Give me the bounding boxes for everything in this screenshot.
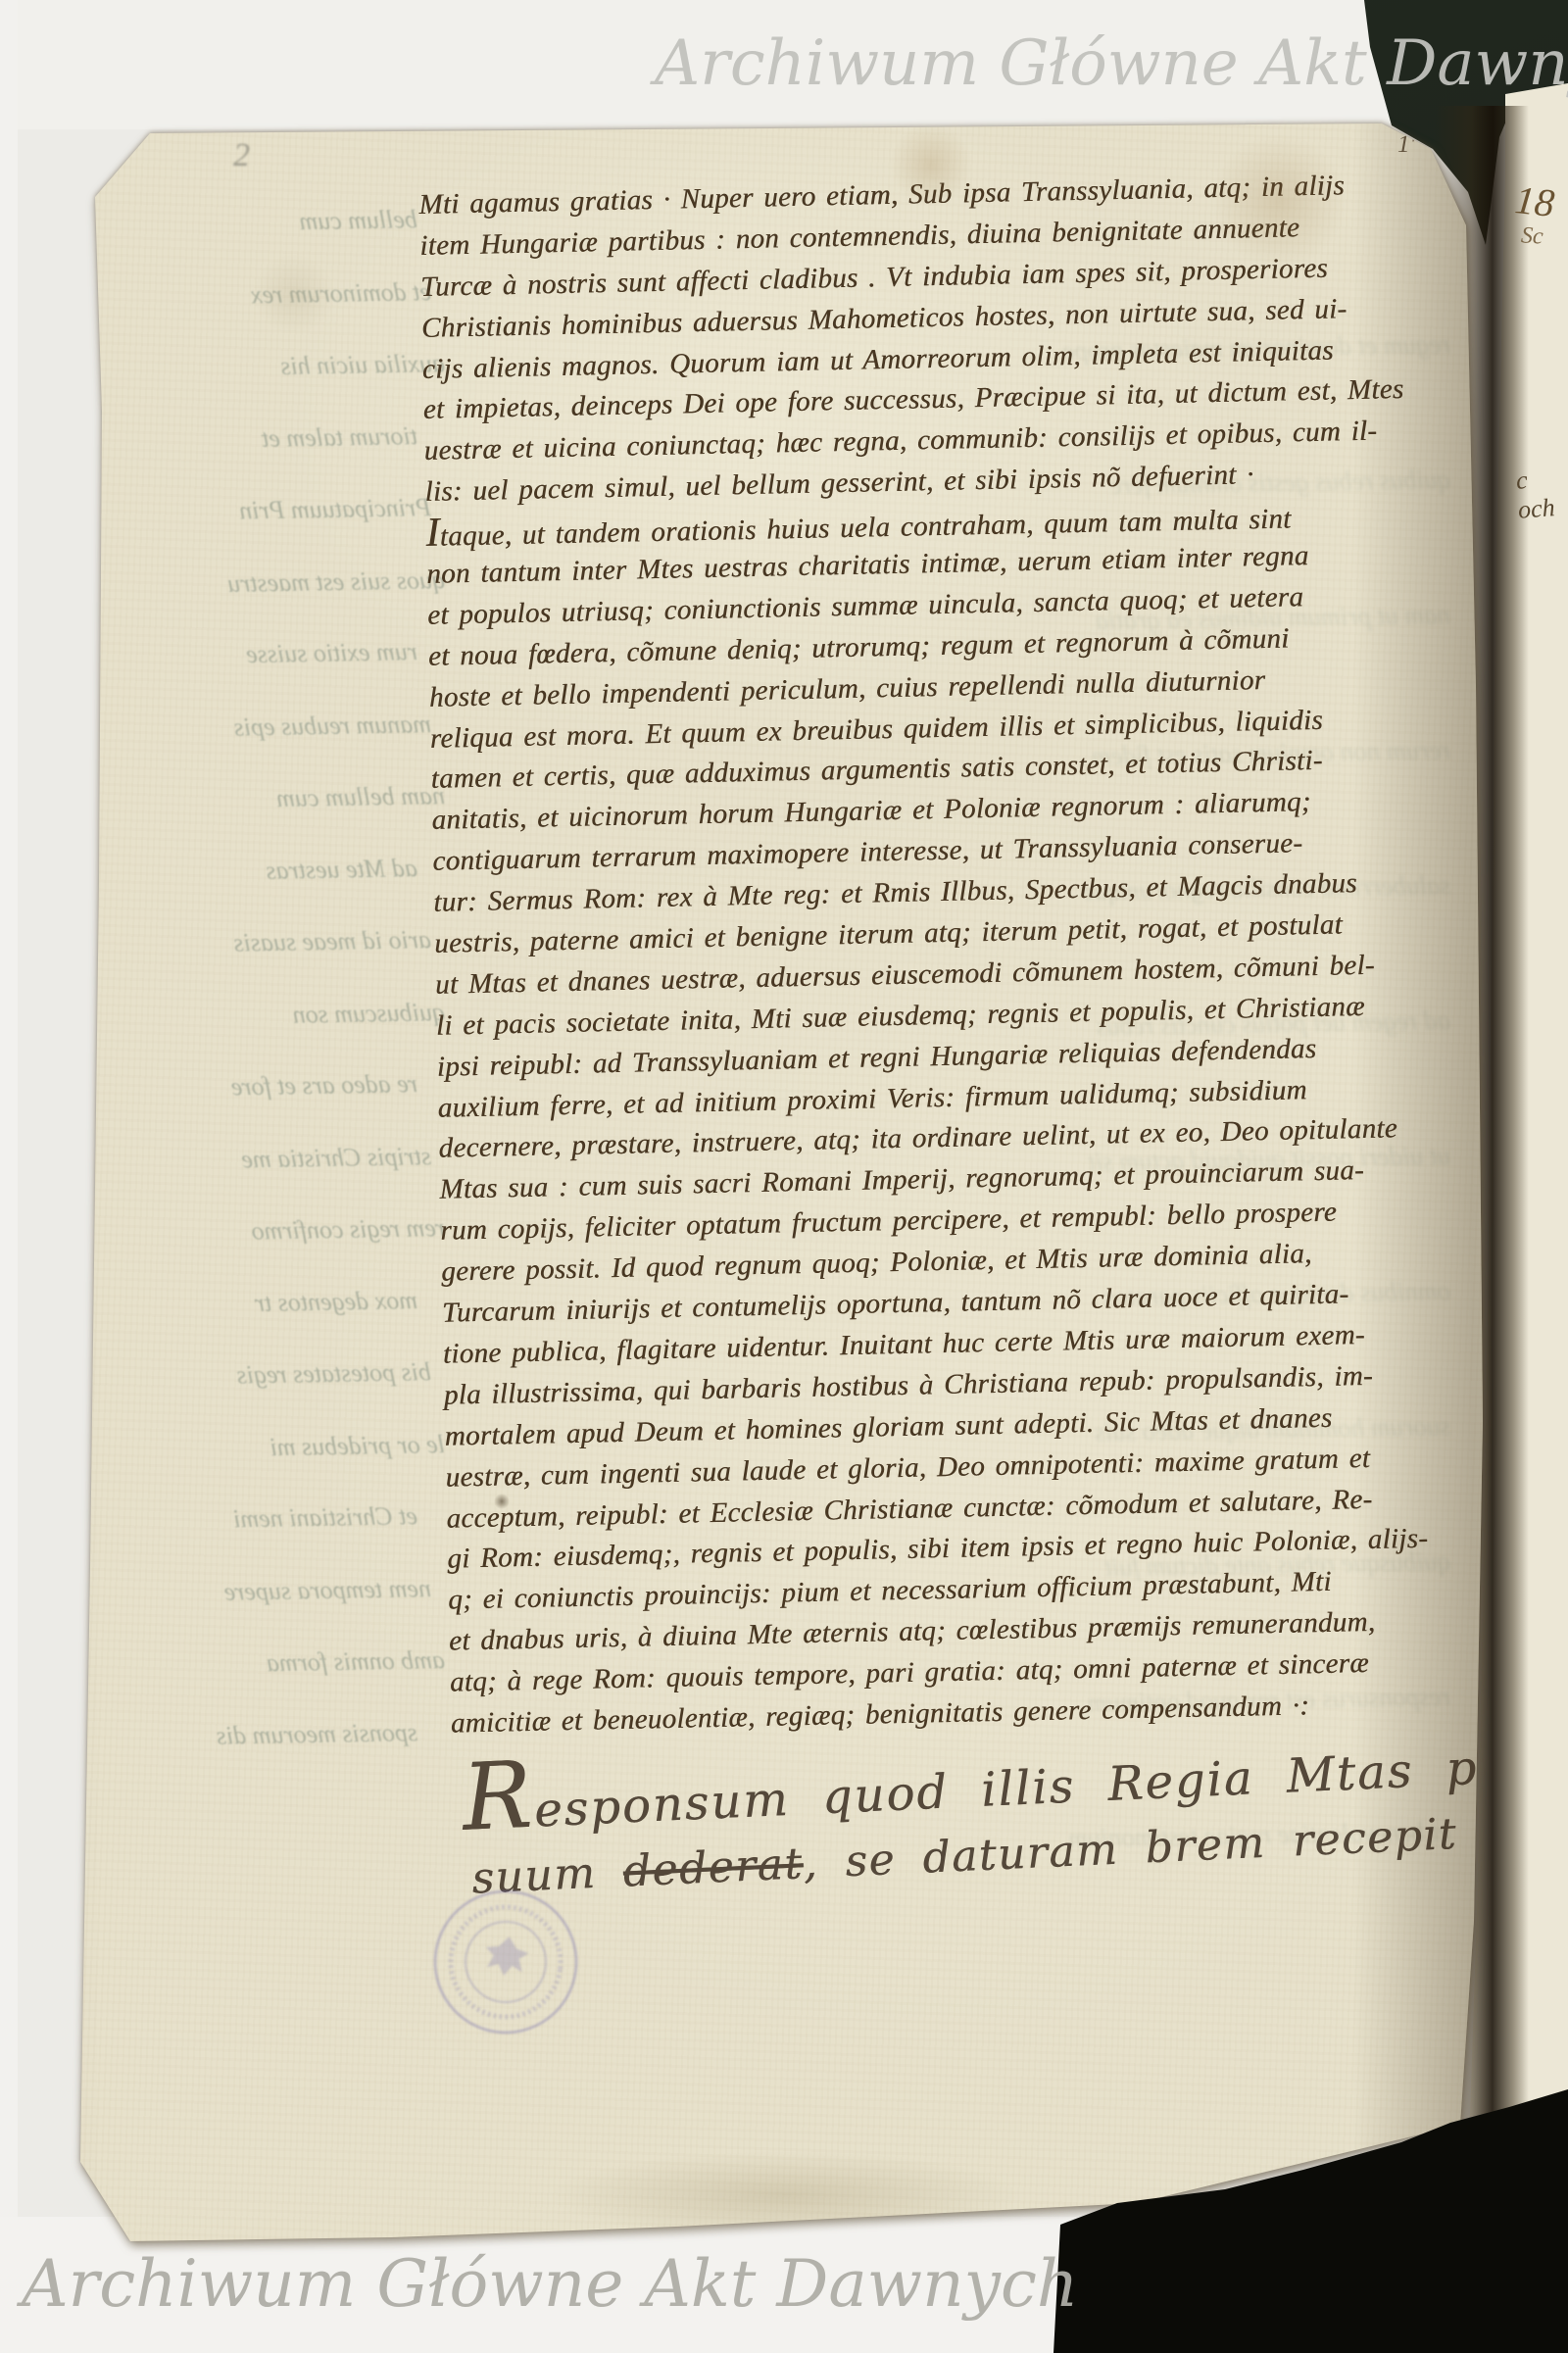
scanned-manuscript-page: 18 Sc c och bellum cumet dominorum rexau…	[0, 0, 1568, 2353]
paper-stains	[0, 0, 1568, 2353]
manuscript-paper: bellum cumet dominorum rexauxilia uicin …	[0, 0, 1568, 2353]
facing-page-mark: Sc	[1520, 222, 1543, 251]
facing-page-note: c och	[1515, 463, 1568, 524]
watermark-top: Archiwum Główne Akt Dawnych	[655, 27, 1568, 100]
facing-page-number: 18	[1513, 176, 1557, 226]
manuscript-page: bellum cumet dominorum rexauxilia uicin …	[0, 0, 1568, 2353]
watermark-bottom: Archiwum Główne Akt Dawnych	[22, 2246, 1078, 2322]
